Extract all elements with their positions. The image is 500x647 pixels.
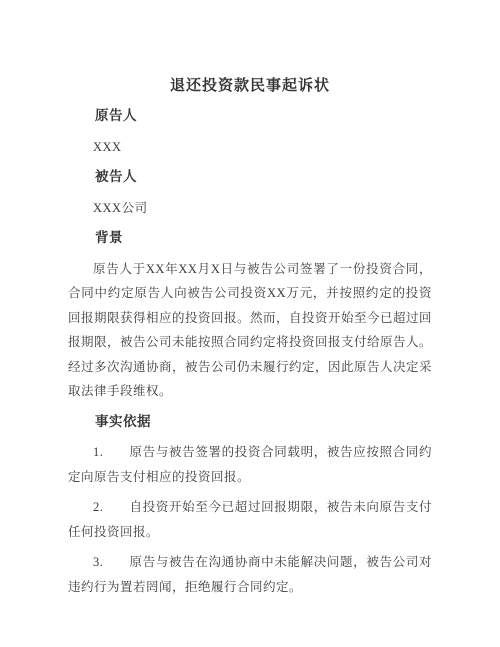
fact-number: 3. <box>93 555 103 569</box>
facts-heading: 事实依据 <box>68 410 432 435</box>
fact-item: 2.自投资开始至今已超过回报期限，被告未向原告支付任何投资回报。 <box>68 495 432 544</box>
plaintiff-name: XXX <box>68 135 432 160</box>
fact-text: 原告与被告在沟通协商中未能解决问题，被告公司对违约行为置若罔闻，拒绝履行合同约定… <box>68 555 432 594</box>
background-heading: 背景 <box>68 226 432 251</box>
fact-item: 3.原告与被告在沟通协商中未能解决问题，被告公司对违约行为置若罔闻，拒绝履行合同… <box>68 550 432 599</box>
fact-number: 1. <box>93 445 103 459</box>
fact-text: 原告与被告签署的投资合同载明，被告应按照合同约定向原告支付相应的投资回报。 <box>68 445 432 484</box>
document-title: 退还投资款民事起诉状 <box>68 76 432 96</box>
background-paragraph: 原告人于XX年XX月X日与被告公司签署了一份投资合同，合同中约定原告人向被告公司… <box>68 257 432 404</box>
fact-number: 2. <box>93 500 103 514</box>
plaintiff-heading: 原告人 <box>68 104 432 129</box>
fact-item: 1.原告与被告签署的投资合同载明，被告应按照合同约定向原告支付相应的投资回报。 <box>68 440 432 489</box>
defendant-heading: 被告人 <box>68 165 432 190</box>
defendant-name: XXX公司 <box>68 196 432 221</box>
fact-text: 自投资开始至今已超过回报期限，被告未向原告支付任何投资回报。 <box>68 500 432 539</box>
document-page: 退还投资款民事起诉状 原告人 XXX 被告人 XXX公司 背景 原告人于XX年X… <box>0 0 500 647</box>
